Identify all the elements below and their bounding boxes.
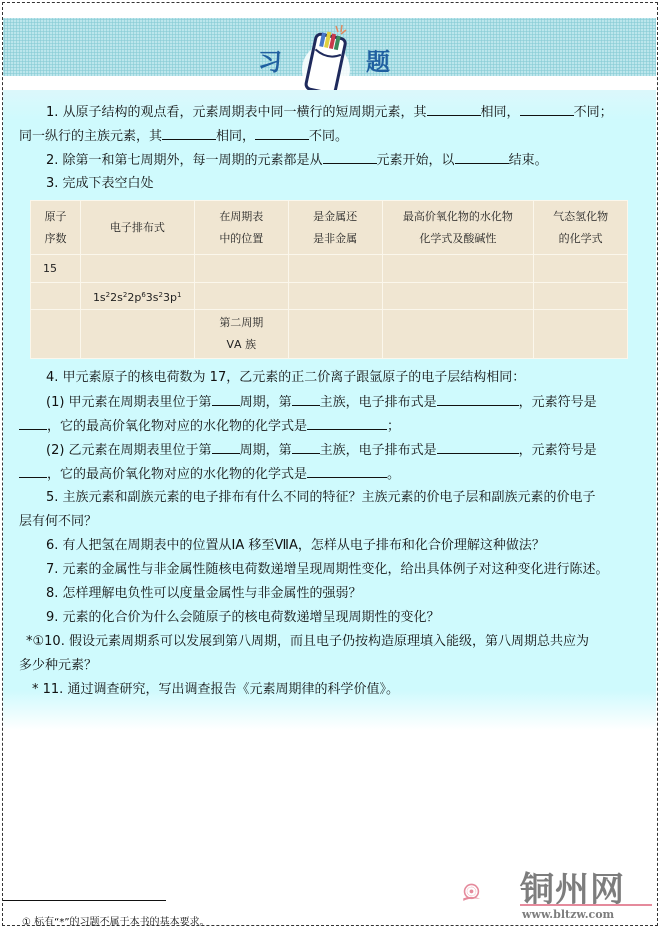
pencil-box-icon — [296, 22, 356, 100]
question-1-line-2: 同一纵行的主族元素，其相同，不同。 — [19, 128, 348, 145]
question-number: *①10. — [26, 634, 69, 649]
seal-logo-icon — [462, 862, 522, 924]
table-cell-blank[interactable] — [80, 255, 194, 283]
table-cell-blank[interactable] — [288, 283, 382, 310]
question-5-line-2: 层有何不同？ — [19, 514, 97, 530]
answer-blank[interactable] — [437, 442, 519, 454]
question-7: 7. 元素的金属性与非金属性随核电荷数递增呈现周期性变化，给出具体例子对这种变化… — [46, 562, 609, 578]
table-cell-blank[interactable] — [382, 310, 534, 359]
question-text: ，元素符号是 — [519, 443, 597, 458]
table-row: 1s22s22p63s23p1 — [31, 283, 628, 310]
table-cell: 15 — [31, 255, 81, 283]
table-cell-blank[interactable] — [194, 255, 288, 283]
answer-blank[interactable] — [292, 442, 320, 454]
table-cell-blank[interactable] — [382, 283, 534, 310]
question-text: 同一纵行的主族元素，其 — [19, 129, 162, 144]
question-text: 周期，第 — [240, 443, 292, 458]
header-position-in-table: 在周期表中的位置 — [194, 201, 288, 255]
answer-blank[interactable] — [307, 418, 387, 430]
answer-blank[interactable] — [427, 104, 481, 116]
answer-blank[interactable] — [323, 152, 377, 164]
question-10-line-1: *①10. 假设元素周期系可以发展到第八周期，而且电子仍按构造原理填入能级，第八… — [26, 634, 589, 650]
question-text: ； — [387, 419, 400, 434]
table-cell-blank[interactable] — [80, 310, 194, 359]
position-cell: 第二周期ⅤA 族 — [194, 310, 288, 359]
question-text: 不同； — [574, 105, 613, 120]
table-row: 第二周期ⅤA 族 — [31, 310, 628, 359]
table-cell-blank[interactable] — [31, 310, 81, 359]
question-text: 不同。 — [309, 129, 348, 144]
header-gaseous-hydride: 气态氢化物的化学式 — [534, 201, 628, 255]
electron-configuration-cell: 1s22s22p63s23p1 — [80, 283, 194, 310]
question-4-part-1-cont: ，它的最高价氧化物对应的水化物的化学式是； — [19, 418, 400, 435]
question-text: 假设元素周期系可以发展到第八周期，而且电子仍按构造原理填入能级，第八周期总共应为 — [69, 634, 589, 649]
footnote-divider — [3, 900, 166, 901]
question-6: 6. 有人把氢在周期表中的位置从ⅠA 移至ⅦA，怎样从电子排布和化合价理解这种做… — [46, 538, 545, 554]
table-cell-blank[interactable] — [288, 310, 382, 359]
question-text: 结束。 — [509, 153, 548, 168]
question-10-line-2: 多少种元素？ — [19, 658, 97, 674]
question-text: (2) 乙元素在周期表里位于第 — [46, 443, 212, 458]
question-11: * 11. 通过调查研究，写出调查报告《元素周期律的科学价值》。 — [32, 682, 399, 698]
watermark-divider — [520, 904, 652, 906]
watermark-url: www.bltzw.com — [522, 908, 614, 921]
question-5-line-1: 5. 主族元素和副族元素的电子排布有什么不同的特征？主族元素的价电子层和副族元素… — [46, 490, 596, 506]
answer-blank[interactable] — [520, 104, 574, 116]
question-4-part-1: (1) 甲元素在周期表里位于第周期，第主族，电子排布式是，元素符号是 — [46, 394, 597, 411]
answer-blank[interactable] — [437, 394, 519, 406]
table-cell-blank[interactable] — [382, 255, 534, 283]
element-properties-table: 原子序数 电子排布式 在周期表中的位置 是金属还是非金属 最高价氧化物的水化物化… — [30, 200, 628, 359]
question-text: ，元素符号是 — [519, 395, 597, 410]
banner-title-right: 题 — [366, 42, 391, 77]
question-text: (1) 甲元素在周期表里位于第 — [46, 395, 212, 410]
answer-blank[interactable] — [212, 442, 240, 454]
table-header-row: 原子序数 电子排布式 在周期表中的位置 是金属还是非金属 最高价氧化物的水化物化… — [31, 201, 628, 255]
question-3: 3. 完成下表空白处 — [46, 176, 154, 192]
question-2: 2. 除第一和第七周期外，每一周期的元素都是从元素开始，以结束。 — [46, 152, 548, 169]
footnote: ① 标有“*”的习题不属于本书的基本要求。 — [22, 913, 210, 928]
question-text: 主族，电子排布式是 — [320, 443, 437, 458]
question-8: 8. 怎样理解电负性可以度量金属性与非金属性的强弱？ — [46, 586, 362, 602]
question-text: ，它的最高价氧化物对应的水化物的化学式是 — [47, 467, 307, 482]
question-text: 相同， — [216, 129, 255, 144]
question-9: 9. 元素的化合价为什么会随原子的核电荷数递增呈现周期性的变化？ — [46, 610, 440, 626]
question-text: 周期，第 — [240, 395, 292, 410]
answer-blank[interactable] — [212, 394, 240, 406]
answer-blank[interactable] — [307, 466, 387, 478]
answer-blank[interactable] — [455, 152, 509, 164]
table-cell-blank[interactable] — [534, 283, 628, 310]
question-text: 。 — [387, 467, 400, 482]
banner-title-left: 习 — [258, 42, 283, 77]
question-text: 相同， — [481, 105, 520, 120]
question-text: 1. 从原子结构的观点看，元素周期表中同一横行的短周期元素，其 — [46, 105, 427, 120]
answer-blank[interactable] — [255, 128, 309, 140]
answer-blank[interactable] — [292, 394, 320, 406]
table-cell-blank[interactable] — [194, 283, 288, 310]
question-1-line-1: 1. 从原子结构的观点看，元素周期表中同一横行的短周期元素，其相同，不同； — [46, 104, 613, 121]
question-text: 元素开始，以 — [377, 153, 455, 168]
question-4-intro: 4. 甲元素原子的核电荷数为 17，乙元素的正二价离子跟氩原子的电子层结构相同： — [46, 370, 525, 386]
question-text: 主族，电子排布式是 — [320, 395, 437, 410]
table-cell-blank[interactable] — [534, 310, 628, 359]
question-4-part-2: (2) 乙元素在周期表里位于第周期，第主族，电子排布式是，元素符号是 — [46, 442, 597, 459]
answer-blank[interactable] — [19, 418, 47, 430]
header-electron-configuration: 电子排布式 — [80, 201, 194, 255]
header-metal-or-nonmetal: 是金属还是非金属 — [288, 201, 382, 255]
table-row: 15 — [31, 255, 628, 283]
answer-blank[interactable] — [19, 466, 47, 478]
table-cell-blank[interactable] — [31, 283, 81, 310]
header-atomic-number: 原子序数 — [31, 201, 81, 255]
table-cell-blank[interactable] — [534, 255, 628, 283]
answer-blank[interactable] — [162, 128, 216, 140]
question-text: ，它的最高价氧化物对应的水化物的化学式是 — [47, 419, 307, 434]
question-4-part-2-cont: ，它的最高价氧化物对应的水化物的化学式是。 — [19, 466, 400, 483]
header-highest-oxide-hydrate: 最高价氧化物的水化物化学式及酸碱性 — [382, 201, 534, 255]
table-cell-blank[interactable] — [288, 255, 382, 283]
question-text: 2. 除第一和第七周期外，每一周期的元素都是从 — [46, 153, 323, 168]
